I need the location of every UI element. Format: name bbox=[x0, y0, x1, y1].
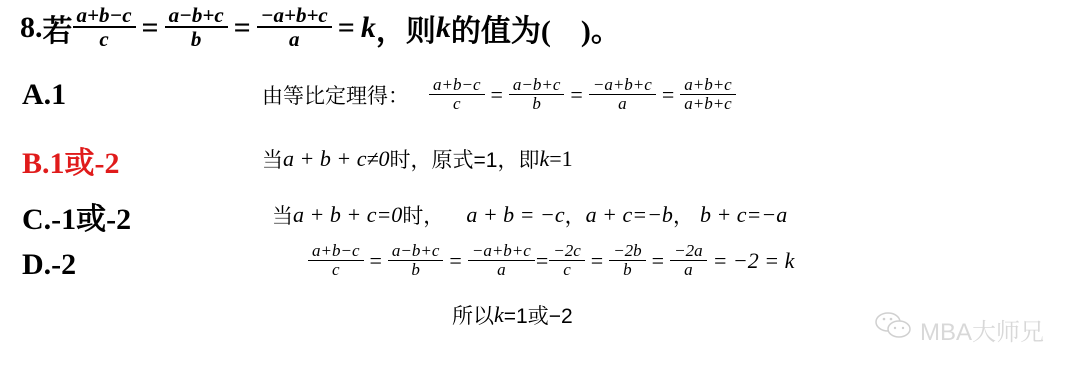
fraction: −a+b+c a bbox=[259, 4, 330, 51]
option-c[interactable]: C.-1或-2 bbox=[22, 194, 131, 238]
fraction: a−b+c b bbox=[390, 242, 442, 280]
solution-line-3: 当 a + b + c=0 时， a + b = −c ， a + c=−b ，… bbox=[272, 200, 787, 230]
fraction: −a+b+c a bbox=[470, 242, 533, 280]
option-d[interactable]: D.-2 bbox=[22, 248, 76, 282]
fraction: −2b b bbox=[611, 242, 643, 280]
fraction: a+b−c c bbox=[75, 4, 134, 51]
fraction: a+b−c c bbox=[310, 242, 362, 280]
question-number: 8. bbox=[20, 11, 43, 45]
option-a[interactable]: A.1 bbox=[22, 78, 66, 112]
watermark: MBA大师兄 bbox=[874, 310, 1044, 349]
wechat-icon bbox=[874, 310, 914, 349]
fraction: −2a a bbox=[672, 242, 704, 280]
fraction: −2c c bbox=[551, 242, 583, 280]
solution-conclusion: 所以 k =1或−2 bbox=[452, 300, 573, 330]
solution-line-4: a+b−c c = a−b+c b = −a+b+c a = −2c c = −… bbox=[308, 242, 794, 280]
solution-line-1: 由等比定理得： a+b−c c = a−b+c b = −a+b+c a = a… bbox=[262, 76, 736, 114]
question-prefix: 若 bbox=[43, 6, 73, 50]
fraction: a−b+c b bbox=[511, 76, 563, 114]
question-title: 8. 若 a+b−c c = a−b+c b = −a+b+c a = k ，则… bbox=[20, 4, 621, 51]
watermark-text: MBA大师兄 bbox=[920, 312, 1044, 347]
solution-intro: 由等比定理得： bbox=[262, 80, 409, 110]
fraction: a+b+c a+b+c bbox=[682, 76, 734, 114]
fraction: a−b+c b bbox=[167, 4, 226, 51]
solution-line-2: 当 a + b + c≠0 时，原式=1，即 k =1 bbox=[262, 144, 573, 174]
result-expression: = −2 = k bbox=[713, 248, 795, 274]
k-variable: k bbox=[361, 11, 376, 45]
fraction: a+b−c c bbox=[431, 76, 483, 114]
option-b-correct[interactable]: B.1或-2 bbox=[22, 138, 120, 182]
fraction: −a+b+c a bbox=[591, 76, 654, 114]
